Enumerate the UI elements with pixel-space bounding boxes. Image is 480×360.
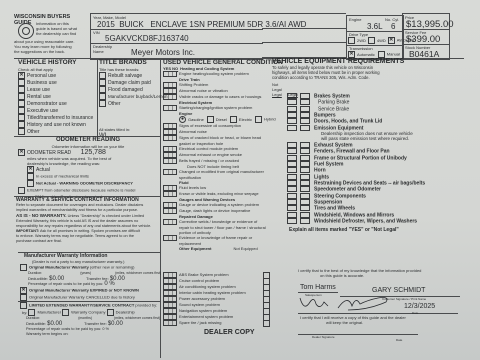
drive-awd-checkbox[interactable]: ✕ xyxy=(388,37,395,44)
expired-warranty-option[interactable]: ✕Original Manufacturer Warranty EXPIRED … xyxy=(20,287,160,294)
states-titled-label: All states titled in: xyxy=(99,127,159,132)
fuel-electric-checkbox[interactable] xyxy=(230,116,237,123)
history-item[interactable]: Executive use xyxy=(18,107,96,114)
price-box: Price $13,995.00 Service Fee $399.00 Sto… xyxy=(402,13,450,60)
salesperson-name: Tom Harms xyxy=(300,284,336,291)
odometer-excess-option[interactable]: In excess of mechanical limits xyxy=(27,173,158,180)
title-brand-item[interactable]: Damage claim paid xyxy=(99,79,159,86)
history-item[interactable]: Demonstrator use xyxy=(18,100,96,107)
equipment-title: VEHICLE EQUIPMENT REQUIREMENTS xyxy=(272,58,472,65)
history-item[interactable]: History and use not known xyxy=(18,121,96,128)
title-brand-item[interactable]: Other xyxy=(99,100,159,107)
engine-label: Engine xyxy=(349,17,361,22)
history-item[interactable]: Business use xyxy=(18,79,96,86)
general-condition-title: USED VEHICLE GENERAL CONDITION xyxy=(163,59,266,66)
equipment-items-list: Brakes System Parking Brake Service Brak… xyxy=(287,93,477,233)
dealer-value: Meyer Motors Inc. xyxy=(131,48,195,57)
title-brand-item[interactable]: Rebuilt salvage xyxy=(99,72,159,79)
other-equipment-list: ABS Brake System problem Cruise control … xyxy=(163,272,273,326)
transmission-manual-checkbox[interactable] xyxy=(378,51,385,58)
condition-item[interactable]: Signs of cracked block or head, or blown… xyxy=(163,135,266,146)
engine-value: 3.6L xyxy=(367,22,383,31)
vehicle-id-box: Year, Make, Model 2015 BUICK ENCLAVE 1SN… xyxy=(90,13,263,60)
history-item[interactable]: Other xyxy=(18,128,96,135)
engine-fuel-options: ●GasolineDieselElectricHybrid xyxy=(179,116,266,123)
fuel-diesel-checkbox[interactable] xyxy=(207,116,214,123)
condition-item[interactable]: Corrective welds / knowledge or evidence… xyxy=(163,219,266,235)
title-brand-item[interactable]: Manufacturer buyback/Lemon xyxy=(99,93,159,100)
title-brand-item[interactable]: Flood damaged xyxy=(99,86,159,93)
limited-extended-warranty-option[interactable]: LIMITED EXTENDED WARRANTY/SERVICE CONTRA… xyxy=(20,302,160,309)
equipment-requirements-section: VEHICLE EQUIPMENT REQUIREMENTS To safely… xyxy=(272,58,472,97)
warranty-section: WARRANTY & SERVICE CONTRACT INFORMATION … xyxy=(16,197,159,244)
wisconsin-seal-icon xyxy=(18,23,34,39)
vin-label: VIN xyxy=(93,30,100,35)
other-equipment-item[interactable]: Spare tire / jack missing xyxy=(163,320,273,326)
title-brands-section: TITLE BRANDS Title has these brands: Reb… xyxy=(99,59,159,140)
odometer-reading-value: 125,788 xyxy=(81,149,106,156)
history-item[interactable]: ✕Personal use xyxy=(18,72,96,79)
history-item[interactable]: Lease use xyxy=(18,86,96,93)
odometer-title: ODOMETER READING xyxy=(18,137,158,144)
vehicle-history-section: VEHICLE HISTORY Check all that apply ✕Pe… xyxy=(18,59,96,135)
manufacturer-warranty-section: Manufacturer Warranty Information (Deale… xyxy=(20,253,160,301)
condition-item[interactable]: Evidence or knowledge of frame repair or… xyxy=(163,235,266,246)
drive-2wd-checkbox[interactable] xyxy=(348,37,355,44)
drive-4wd-checkbox[interactable] xyxy=(368,37,375,44)
extended-warranty-section: LIMITED EXTENDED WARRANTY/SERVICE CONTRA… xyxy=(20,302,160,337)
history-item[interactable]: Titled/transferred to insurance xyxy=(18,114,96,121)
provider-dealership-checkbox[interactable] xyxy=(107,309,114,316)
engine-box: Engine No. Cyl. 3.6L 6 Drive Type 2WD4WD… xyxy=(346,15,404,60)
equipment-item[interactable]: Windshield Defroster, Wipers, and Washer… xyxy=(287,218,477,224)
odometer-section: ODOMETER READING Odometer information wi… xyxy=(18,137,158,199)
original-warranty-option[interactable]: Original Manufacturer Warranty (either n… xyxy=(20,264,160,271)
guide-blurb: Information on this guide is based on wh… xyxy=(36,21,88,36)
explain-note: Explain all items marked "YES" or "Not L… xyxy=(289,227,477,233)
odometer-read-row: ✕ODOMETER READ 125,788 xyxy=(18,149,158,156)
vin-value: 5GAKVCKD8FJ163740 xyxy=(105,34,189,43)
vehicle-history-title: VEHICLE HISTORY xyxy=(18,59,96,67)
cyl-value: 6 xyxy=(391,22,395,31)
signature-scribble xyxy=(298,292,398,314)
condition-item[interactable]: Changed or modified from original manufa… xyxy=(163,169,266,180)
odometer-not-actual-option[interactable]: Not Actual - WARNING ODOMETER DISCREPANC… xyxy=(27,180,158,187)
dealer-label: DealershipName xyxy=(93,44,113,54)
general-condition-section: USED VEHICLE GENERAL CONDITION YES NOHea… xyxy=(163,59,266,251)
provider-manufacturer-checkbox[interactable] xyxy=(28,309,35,316)
certification-section: I certify that to the best of my knowled… xyxy=(298,268,478,278)
signature-date: 12/3/2025 xyxy=(404,303,435,310)
acknowledgement-text: I certify that I will receive a copy of … xyxy=(300,315,470,325)
title-brands-title: TITLE BRANDS xyxy=(99,59,159,67)
transmission-options: ✕AutomaticManual xyxy=(348,51,400,58)
buyers-guide-document: WISCONSIN BUYERS GUIDE Information on th… xyxy=(0,0,480,360)
history-item[interactable]: Rental use xyxy=(18,93,96,100)
cancelled-warranty-option[interactable]: Original Manufacturer Warranty CANCELLED… xyxy=(20,294,160,301)
fuel-gasoline-radio[interactable]: ● xyxy=(179,116,186,123)
transmission-automatic-checkbox[interactable]: ✕ xyxy=(348,51,355,58)
guide-logo-block: WISCONSIN BUYERS GUIDE Information on th… xyxy=(14,14,88,58)
odometer-exempt-option[interactable]: EXEMPT from odometer disclosure because … xyxy=(18,187,158,194)
provider-warranty-company-checkbox[interactable] xyxy=(62,309,69,316)
dealer-copy-label: DEALER COPY xyxy=(204,329,255,336)
odometer-actual-option[interactable]: ✕Actual xyxy=(27,166,158,173)
fuel-hybrid-checkbox[interactable] xyxy=(255,116,262,123)
odometer-read-checkbox[interactable]: ✕ xyxy=(18,149,25,156)
